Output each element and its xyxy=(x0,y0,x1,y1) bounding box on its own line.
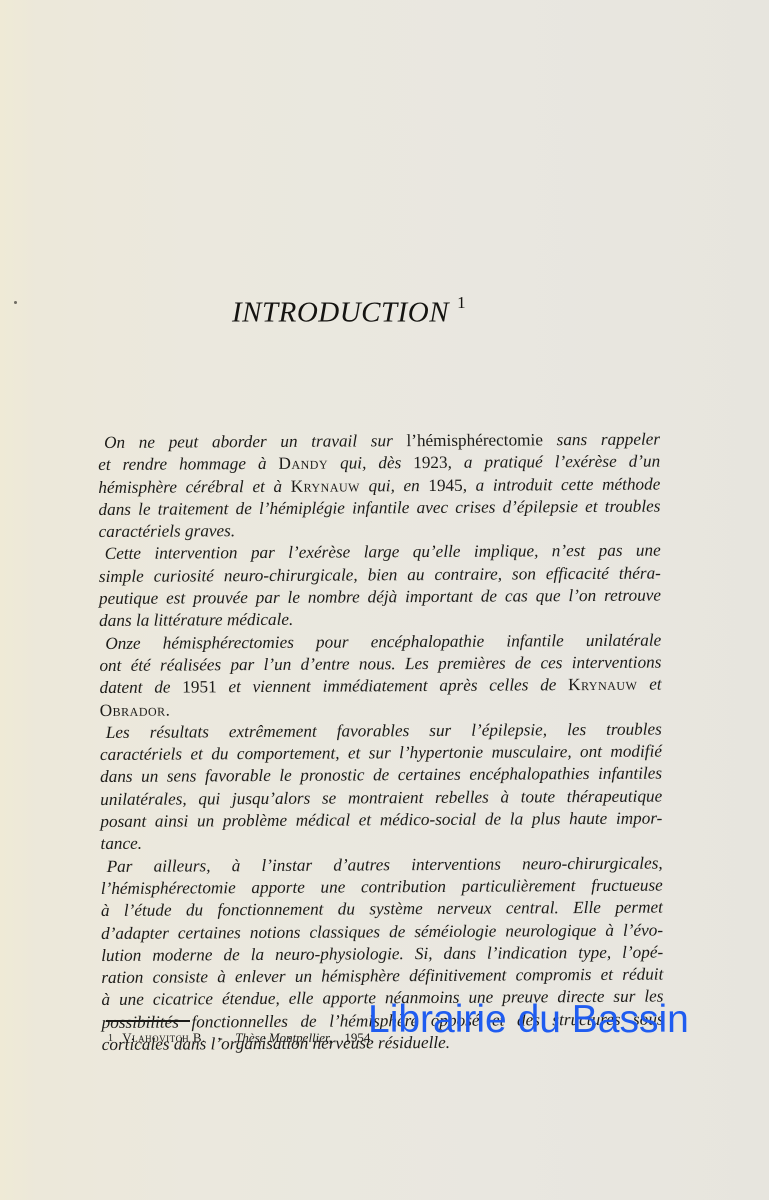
text-line: posant ainsi un problème médical et médi… xyxy=(100,808,662,834)
paragraph: On ne peut aborder un travail sur l’hémi… xyxy=(100,429,661,544)
text-line: peutique est prouvée par le nombre déjà … xyxy=(99,585,661,611)
text-run: sans rappeler xyxy=(557,430,661,450)
text-run: qui, en xyxy=(360,476,429,495)
footnote-work: Thèse Montpellier, xyxy=(235,1030,332,1045)
footnote-divider xyxy=(106,1020,190,1022)
text-run: et rendre hommage à xyxy=(98,454,278,474)
text-run: On ne peut aborder un travail sur xyxy=(104,431,406,452)
body-text: On ne peut aborder un travail sur l’hémi… xyxy=(100,429,664,1057)
paper-speck xyxy=(14,301,17,304)
footnote-separator: - xyxy=(218,1030,222,1045)
paragraph: Cette intervention par l’exérèse large q… xyxy=(101,540,662,633)
text-run: tance. xyxy=(100,834,142,853)
text-run: l’hémisphérectomie apporte une contribut… xyxy=(101,876,663,898)
text-run: dans un sens favorable le pronostic de c… xyxy=(100,764,662,786)
text-run: ration consiste à enlever un hémisphère … xyxy=(101,965,663,987)
paragraph: Onze hémisphérectomies pour encéphalopat… xyxy=(101,629,662,722)
text-run: Par ailleurs, à l’instar d’autres interv… xyxy=(107,853,663,875)
text-line: datent de 1951 et viennent immédiatement… xyxy=(99,674,661,700)
text-run: l’hémisphérectomie xyxy=(406,430,556,450)
text-run: caractériels graves. xyxy=(99,521,236,541)
watermark: Librairie du Bassin xyxy=(368,998,689,1042)
text-run: dans la littérature médicale. xyxy=(99,610,293,630)
text-line: dans le traitement de l’hémiplégie infan… xyxy=(98,495,660,521)
proper-name: Krynauw xyxy=(568,675,637,694)
footnote-author: Vlahovitch B. xyxy=(122,1030,206,1045)
text-run: , a introduit cette méthode xyxy=(463,474,661,494)
text-run: 1951 xyxy=(182,678,216,697)
text-run: Onze hémisphérectomies pour encéphalopat… xyxy=(105,630,661,652)
text-line: hémisphère cérébral et à Krynauw qui, en… xyxy=(98,473,660,499)
proper-name: Obrador. xyxy=(100,700,171,719)
text-run: et viennent immédiatement après celles d… xyxy=(217,675,569,696)
footnote-marker: 1 xyxy=(457,293,466,312)
text-run: 1923 xyxy=(413,453,447,472)
text-run: dans le traitement de l’hémiplégie infan… xyxy=(98,496,660,518)
chapter-title-text: INTRODUCTION xyxy=(232,297,449,329)
text-line: et rendre hommage à Dandy qui, dès 1923,… xyxy=(98,451,660,477)
footnote: 1 Vlahovitch B. - Thèse Montpellier, 195… xyxy=(108,1030,374,1046)
text-line: à l’étude du fonctionnement du système n… xyxy=(101,897,663,923)
text-run: à l’étude du fonctionnement du système n… xyxy=(101,898,663,920)
text-run: 1945 xyxy=(428,475,462,494)
text-run: d’adapter certaines notions classiques d… xyxy=(101,920,663,942)
text-run: qui, dès xyxy=(328,453,413,473)
text-run: Les résultats extrêmement favorables sur… xyxy=(106,719,662,741)
text-run: caractériels et du comportement, et sur … xyxy=(100,742,662,764)
text-run: Cette intervention par l’exérèse large q… xyxy=(105,541,661,563)
text-run: datent de xyxy=(100,678,183,698)
text-line: Cette intervention par l’exérèse large q… xyxy=(101,540,661,566)
chapter-title: INTRODUCTION1 xyxy=(232,296,466,330)
paragraph: Les résultats extrêmement favorables sur… xyxy=(102,718,663,855)
proper-name: Dandy xyxy=(278,454,328,473)
text-run: unilatérales, qui jusqu’alors se montrai… xyxy=(100,786,662,808)
document-page: INTRODUCTION1 On ne peut aborder un trav… xyxy=(0,0,769,1200)
text-run: peutique est prouvée par le nombre déjà … xyxy=(99,586,661,608)
footnote-number: 1 xyxy=(108,1033,113,1044)
text-line: dans un sens favorable le pronostic de c… xyxy=(100,763,662,789)
text-run: posant ainsi un problème médical et médi… xyxy=(100,809,662,831)
text-run: hémisphère cérébral et à xyxy=(98,476,290,496)
proper-name: Krynauw xyxy=(291,476,360,495)
text-run: , a pratiqué l’exérèse d’un xyxy=(448,452,661,472)
text-run: lution moderne de la neuro-physiologie. … xyxy=(101,942,663,964)
text-run: et xyxy=(637,675,661,694)
text-line: d’adapter certaines notions classiques d… xyxy=(101,919,663,945)
text-run: ont été réalisées par l’un d’entre nous.… xyxy=(99,653,661,675)
text-run: simple curiosité neuro-chirurgicale, bie… xyxy=(99,563,661,585)
